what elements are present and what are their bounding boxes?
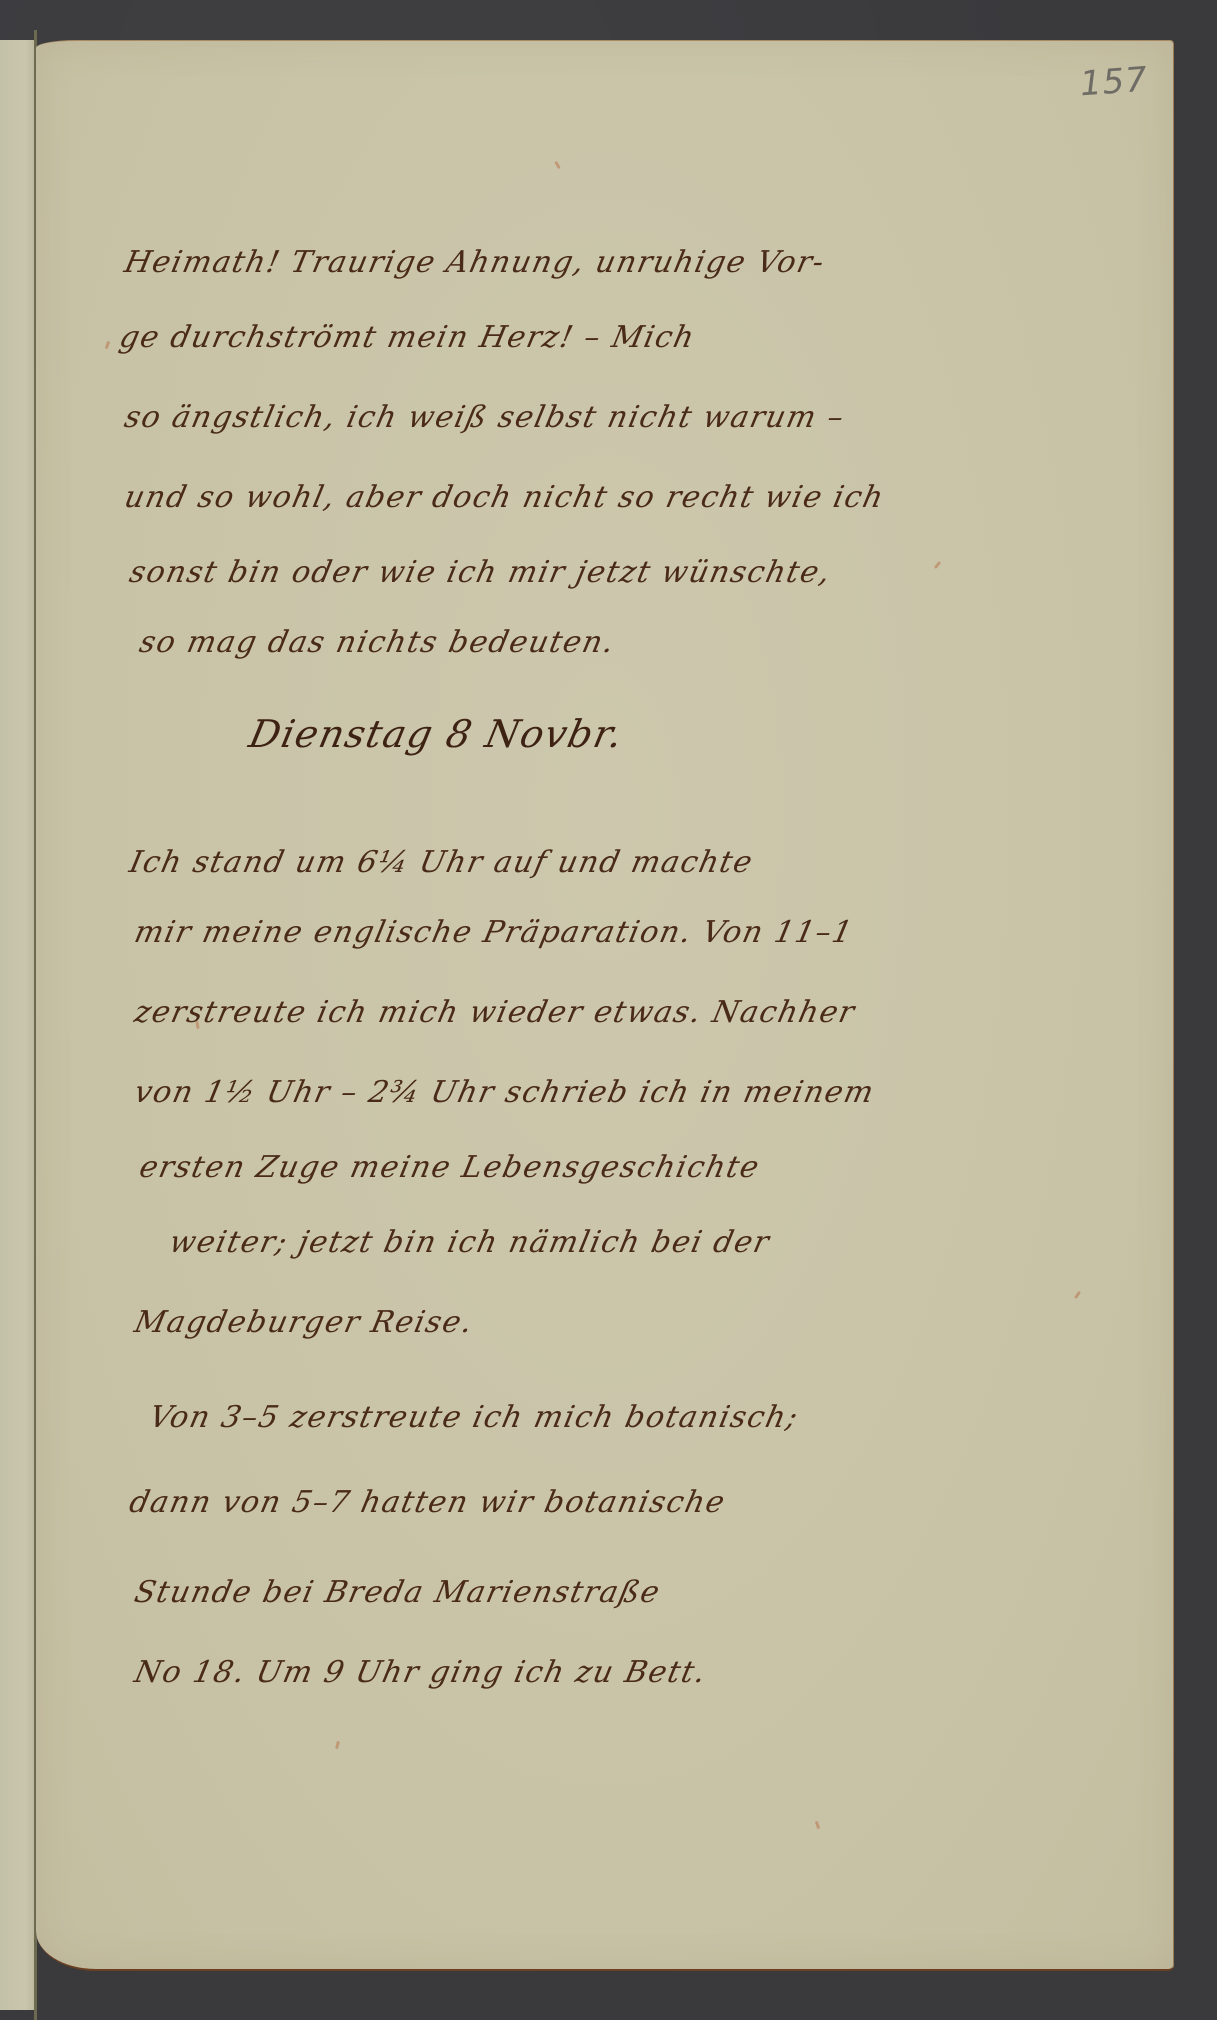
manuscript-line: ge durchströmt mein Herz! – Mich (116, 320, 698, 355)
manuscript-line: so ängstlich, ich weiß selbst nicht waru… (121, 400, 848, 435)
previous-page-edge (0, 40, 36, 2010)
paper-fleck (554, 161, 561, 169)
paper-fleck (1074, 1291, 1081, 1299)
paper-fleck (815, 1821, 821, 1830)
manuscript-line: mir meine englische Präparation. Von 11–… (131, 915, 856, 950)
paper-fleck (934, 561, 941, 569)
diary-entry-date-heading: Dienstag 8 Novbr. (245, 712, 628, 756)
manuscript-line: No 18. Um 9 Uhr ging ich zu Bett. (131, 1655, 710, 1690)
manuscript-line: weiter; jetzt bin ich nämlich bei der (166, 1225, 773, 1260)
manuscript-line: ersten Zuge meine Lebensgeschichte (136, 1150, 763, 1185)
manuscript-line: Von 3–5 zerstreute ich mich botanisch; (146, 1400, 802, 1435)
folio-number: 157 (1079, 60, 1150, 105)
manuscript-line: so mag das nichts bedeuten. (136, 625, 618, 660)
paper-fleck (105, 341, 111, 350)
manuscript-line: Ich stand um 6¼ Uhr auf und machte (126, 845, 756, 880)
manuscript-line: Heimath! Traurige Ahnung, unruhige Vor- (121, 245, 828, 280)
manuscript-line: Magdeburger Reise. (131, 1305, 477, 1340)
manuscript-line: von 1½ Uhr – 2¾ Uhr schrieb ich in meine… (131, 1075, 878, 1110)
manuscript-line: Stunde bei Breda Marienstraße (131, 1575, 664, 1610)
manuscript-line: sonst bin oder wie ich mir jetzt wünscht… (126, 555, 834, 590)
manuscript-line: dann von 5–7 hatten wir botanische (126, 1485, 729, 1520)
manuscript-line: zerstreute ich mich wieder etwas. Nachhe… (131, 995, 858, 1030)
paper-fleck (335, 1741, 340, 1750)
manuscript-line: und so wohl, aber doch nicht so recht wi… (121, 480, 887, 515)
